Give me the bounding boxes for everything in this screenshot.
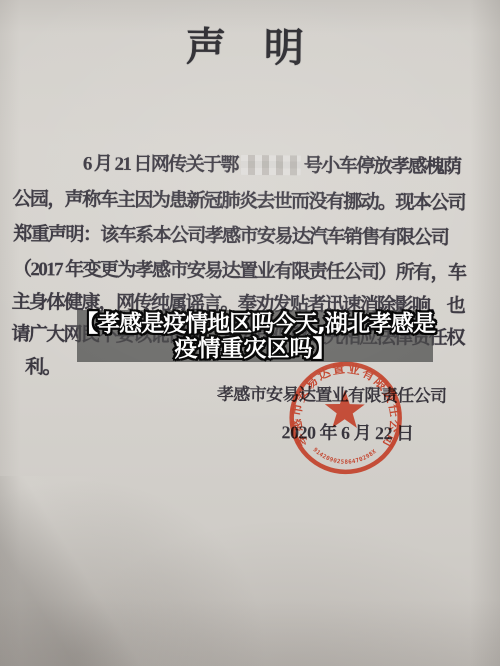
license-plate-redaction: [241, 155, 301, 176]
body-line: 利。: [25, 352, 60, 379]
caption-line-1: 【孝感是疫情地区吗今天,湖北孝感是: [75, 311, 435, 337]
document-photo: 声 明 6 月 21 日网传关于鄂号小车停放孝感槐荫 公园，声称车主因为患新冠肺…: [0, 0, 500, 666]
body-line: （2017 年变更为孝感市安易达置业有限责任公司）所有，车: [13, 254, 466, 285]
body-line: 郑重声明：该车系本公司孝感市安易达汽车销售有限公司: [13, 219, 448, 250]
seal-star-icon: [325, 390, 365, 428]
body-line: 公园，声称车主因为患新冠肺炎去世而没有挪动。现本公司: [12, 184, 465, 215]
statement-title: 声 明: [2, 14, 500, 75]
caption-line-2: 疫情重灾区吗】: [175, 337, 336, 362]
caption-overlay: 【孝感是疫情地区吗今天,湖北孝感是 疫情重灾区吗】: [77, 310, 433, 362]
body-line-text: 6 月 21 日网传关于鄂: [83, 154, 238, 176]
body-line: 6 月 21 日网传关于鄂号小车停放孝感槐荫: [83, 149, 461, 179]
seal-code-arc: 91420902586470298X: [311, 447, 378, 466]
company-seal: 孝感市安易达置业有限责任公司 91420902586470298X: [280, 352, 411, 483]
body-line-text: 号小车停放孝感槐荫: [304, 155, 461, 177]
